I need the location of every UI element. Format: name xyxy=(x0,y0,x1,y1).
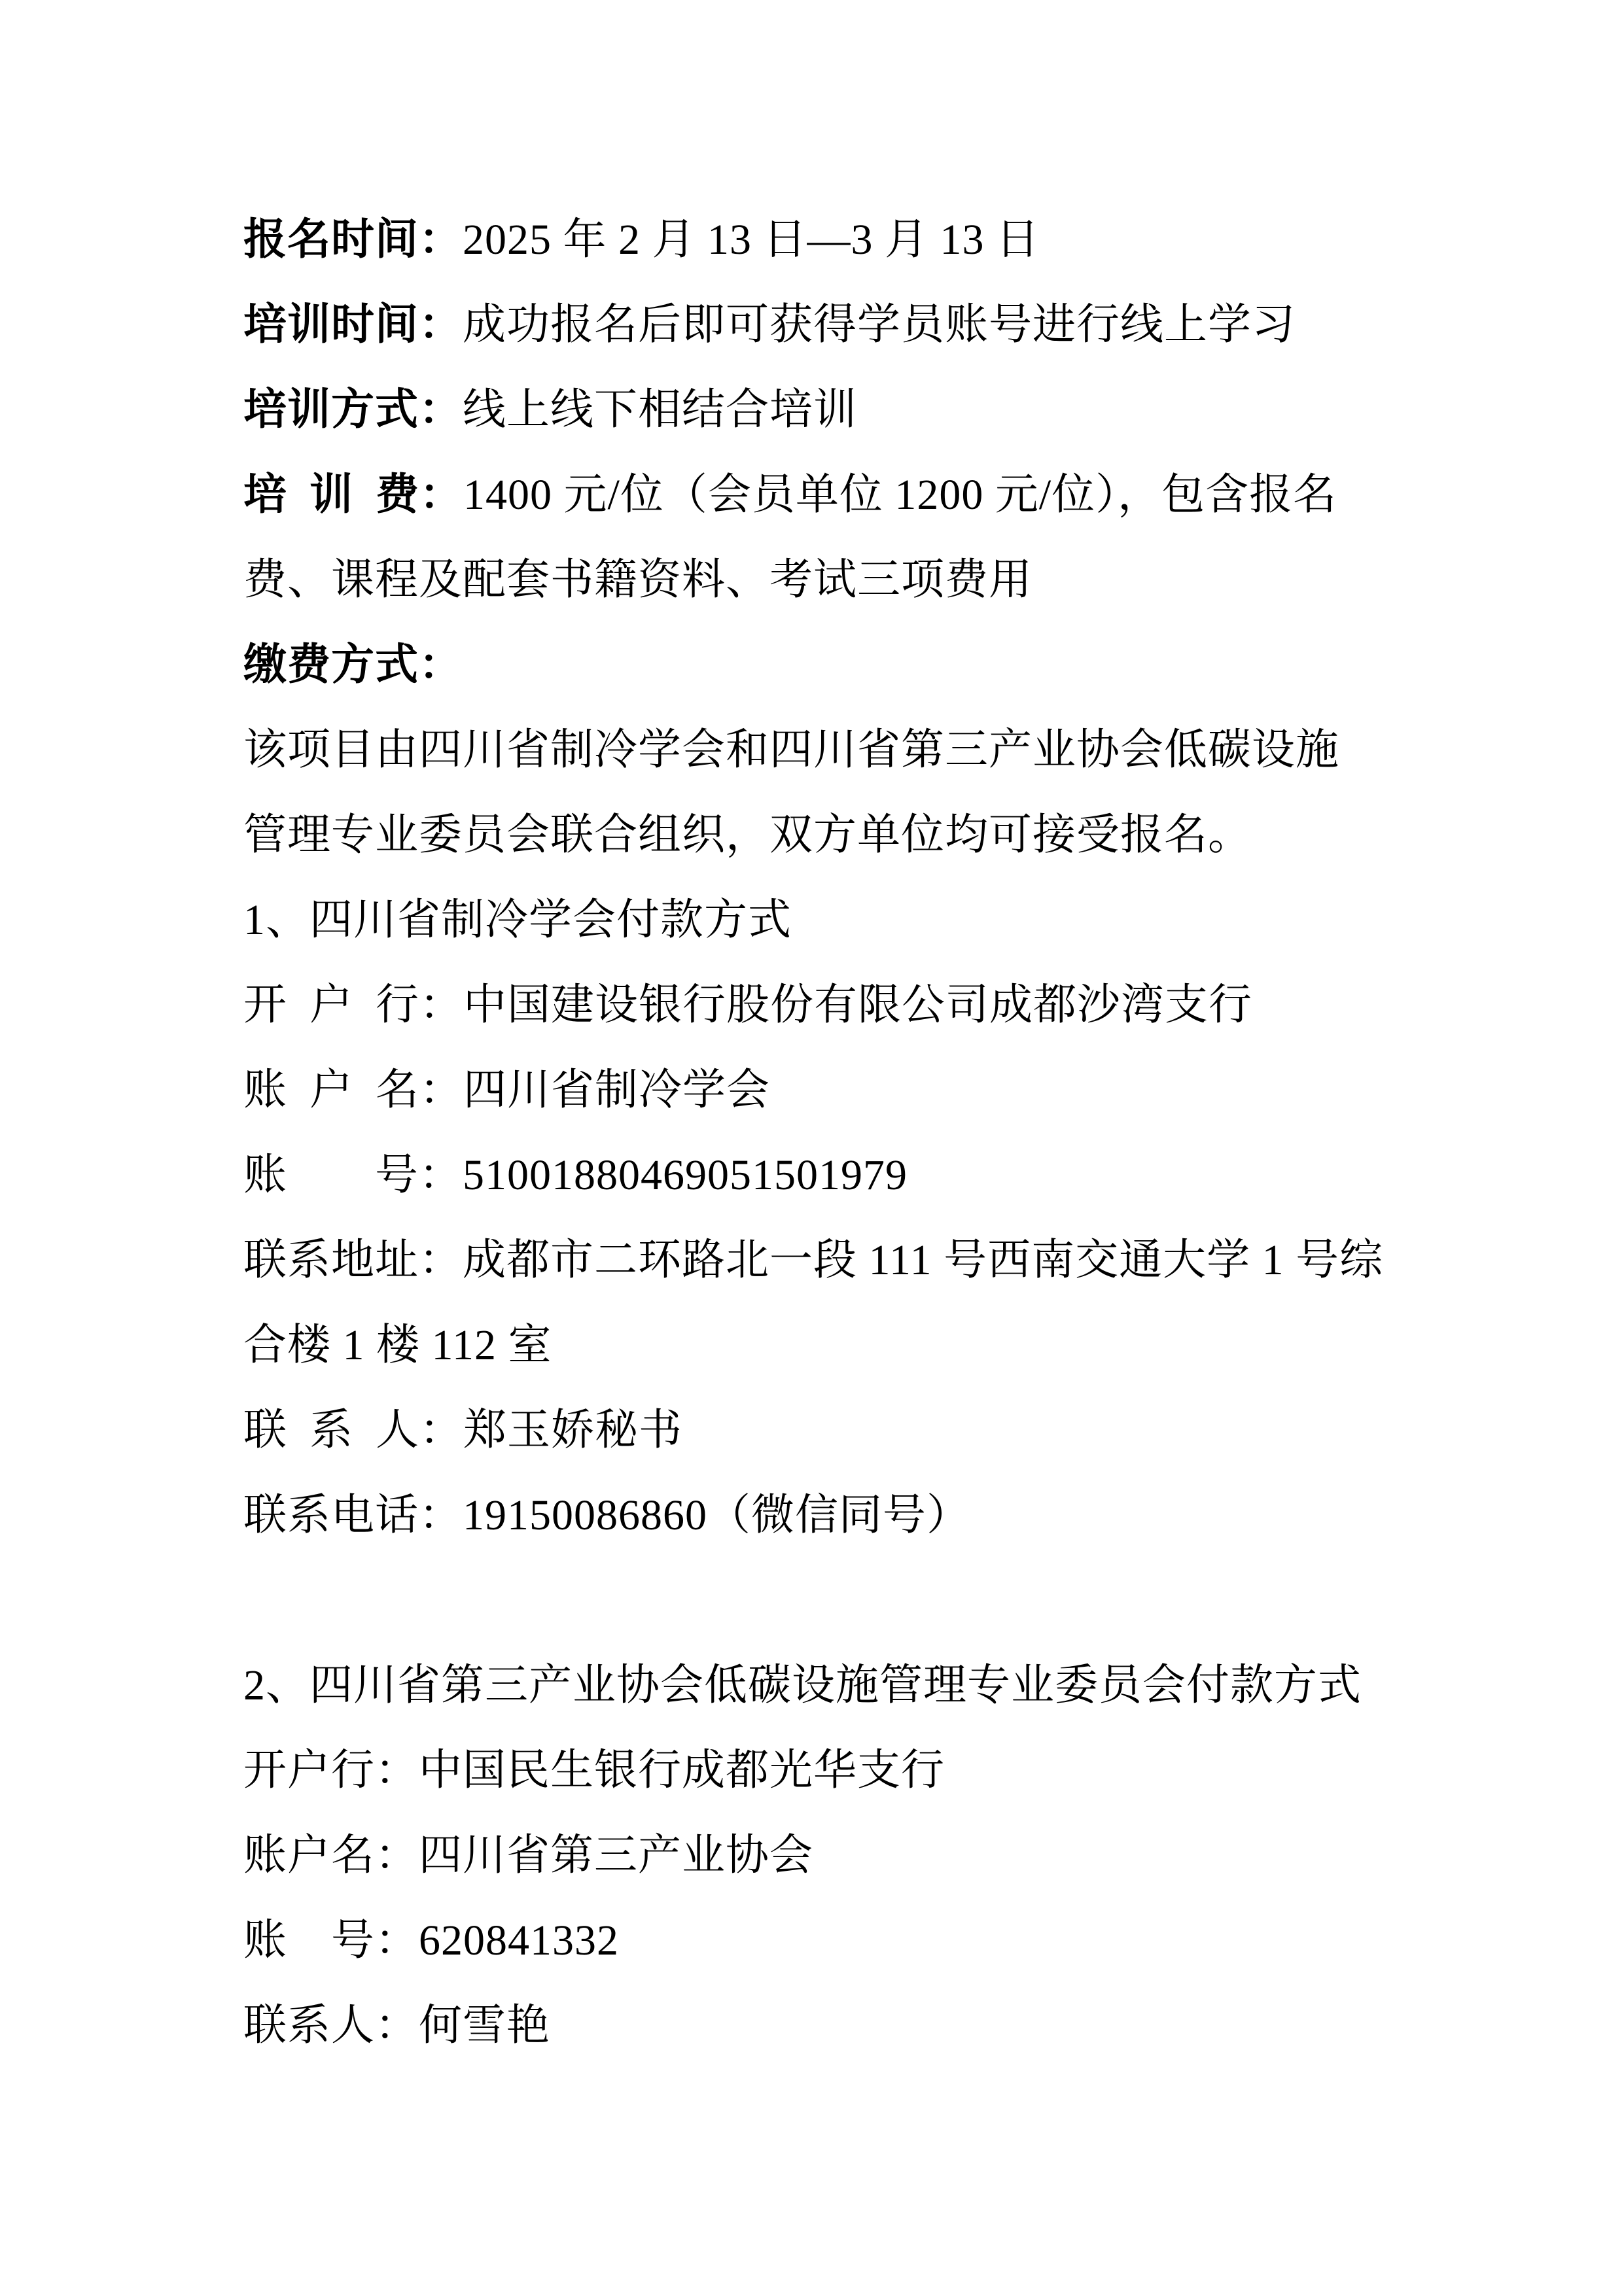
field-value: 合楼 1 楼 112 室 xyxy=(243,1321,552,1369)
field-value: 联 系 人：郑玉娇秘书 xyxy=(243,1406,682,1454)
doc-line: 培 训 费：1400 元/位（会员单位 1200 元/位），包含报名 xyxy=(243,453,1545,538)
doc-line: 开 户 行：中国建设银行股份有限公司成都沙湾支行 xyxy=(243,963,1545,1048)
field-value: 联系电话：19150086860（微信同号） xyxy=(243,1491,970,1539)
doc-line: 该项目由四川省制冷学会和四川省第三产业协会低碳设施 xyxy=(243,708,1545,793)
field-value: 该项目由四川省制冷学会和四川省第三产业协会低碳设施 xyxy=(243,726,1339,774)
field-value: 账户名：四川省第三产业协会 xyxy=(243,1832,813,1879)
doc-line: 账 号：51001880469051501979 xyxy=(243,1133,1545,1218)
field-value: 2、四川省第三产业协会低碳设施管理专业委员会付款方式 xyxy=(243,1661,1362,1709)
doc-line: 缴费方式： xyxy=(243,623,1545,708)
doc-line: 联 系 人：郑玉娇秘书 xyxy=(243,1388,1545,1473)
document-page: 报名时间：2025 年 2 月 13 日—3 月 13 日培训时间：成功报名后即… xyxy=(0,0,1624,2296)
field-value: 联系人：何雪艳 xyxy=(243,2002,550,2049)
field-label: 缴费方式： xyxy=(243,641,463,689)
doc-line: 培训方式：线上线下相结合培训 xyxy=(243,368,1545,453)
doc-line: 联系人：何雪艳 xyxy=(243,1983,1545,2068)
doc-line: 联系电话：19150086860（微信同号） xyxy=(243,1473,1545,1558)
field-label: 培 训 费： xyxy=(243,471,463,519)
field-value: 联系地址：成都市二环路北一段 111 号西南交通大学 1 号综 xyxy=(243,1236,1383,1284)
field-value: 管理专业委员会联合组织，双方单位均可接受报名。 xyxy=(243,811,1252,859)
field-value: 2025 年 2 月 13 日—3 月 13 日 xyxy=(463,216,1040,264)
field-label: 培训方式： xyxy=(243,386,463,434)
document-content: 报名时间：2025 年 2 月 13 日—3 月 13 日培训时间：成功报名后即… xyxy=(243,198,1545,2068)
doc-line: 账 号：620841332 xyxy=(243,1898,1545,1983)
field-value: 线上线下相结合培训 xyxy=(463,386,857,434)
doc-line: 管理专业委员会联合组织，双方单位均可接受报名。 xyxy=(243,793,1545,878)
doc-line: 合楼 1 楼 112 室 xyxy=(243,1303,1545,1388)
field-label: 报名时间： xyxy=(243,216,463,264)
doc-line: 账 户 名：四川省制冷学会 xyxy=(243,1048,1545,1133)
doc-line: 账户名：四川省第三产业协会 xyxy=(243,1813,1545,1898)
field-value: 账 户 名：四川省制冷学会 xyxy=(243,1066,770,1114)
field-value: 开户行：中国民生银行成都光华支行 xyxy=(243,1747,945,1794)
field-value: 1400 元/位（会员单位 1200 元/位），包含报名 xyxy=(463,471,1337,519)
field-value: 账 号：51001880469051501979 xyxy=(243,1151,908,1199)
field-value: 1、四川省制冷学会付款方式 xyxy=(243,896,792,944)
doc-line: 开户行：中国民生银行成都光华支行 xyxy=(243,1728,1545,1813)
doc-line: 培训时间：成功报名后即可获得学员账号进行线上学习 xyxy=(243,283,1545,368)
field-value: 成功报名后即可获得学员账号进行线上学习 xyxy=(463,301,1296,349)
field-label: 培训时间： xyxy=(243,301,463,349)
field-value: 账 号：620841332 xyxy=(243,1917,619,1964)
doc-line: 联系地址：成都市二环路北一段 111 号西南交通大学 1 号综 xyxy=(243,1218,1545,1303)
doc-line: 2、四川省第三产业协会低碳设施管理专业委员会付款方式 xyxy=(243,1643,1545,1728)
doc-line: 费、课程及配套书籍资料、考试三项费用 xyxy=(243,538,1545,623)
doc-line: 1、四川省制冷学会付款方式 xyxy=(243,878,1545,963)
doc-line xyxy=(243,1558,1545,1643)
field-value: 开 户 行：中国建设银行股份有限公司成都沙湾支行 xyxy=(243,981,1252,1029)
field-value: 费、课程及配套书籍资料、考试三项费用 xyxy=(243,556,1033,604)
doc-line: 报名时间：2025 年 2 月 13 日—3 月 13 日 xyxy=(243,198,1545,283)
